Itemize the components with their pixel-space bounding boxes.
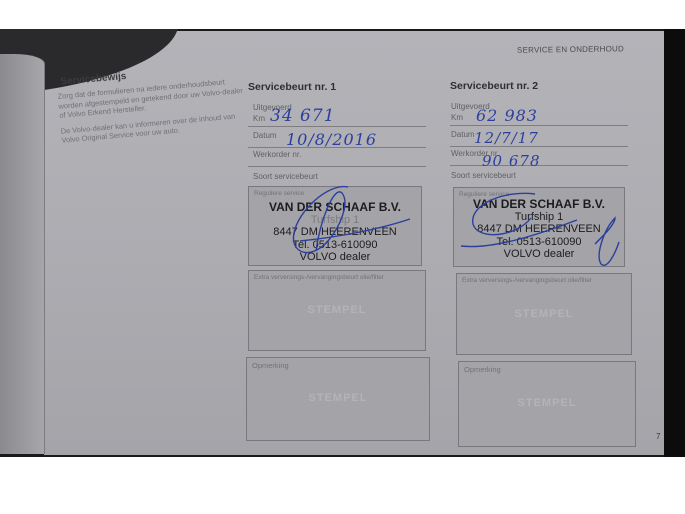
service-1-remark-placeholder: STEMPEL (247, 392, 429, 404)
service-1-extra-label: Extra verversings-/vervangingsbeurt olie… (254, 274, 384, 281)
service-1-remark-box: Opmerking STEMPEL (246, 357, 430, 441)
service-1-column: Servicebeurt nr. 1 Uitgevoerd Km 34 671 … (248, 81, 426, 185)
service-book-photo: SERVICE EN ONDERHOUD Servicebewijs Zorg … (0, 29, 685, 457)
service-2-km-label: Km (451, 113, 463, 122)
service-1-date-line: Datum 10/8/2016 (248, 127, 426, 148)
service-1-remark-label: Opmerking (252, 361, 289, 370)
service-2-km-line: Km 62 983 (450, 111, 628, 126)
service-2-workorder-line: Werkorder nr. 90 678 (450, 147, 628, 166)
service-2-type-label: Soort servicebeurt (451, 171, 516, 180)
service-2-remark-placeholder: STEMPEL (459, 397, 635, 409)
service-2-remark-box: Opmerking STEMPEL (458, 361, 636, 447)
service-1-km-line: Km 34 671 (248, 112, 426, 127)
service-2-column: Servicebeurt nr. 2 Uitgevoerd Km 62 983 … (450, 80, 628, 184)
service-2-signature-icon (455, 184, 625, 274)
service-1-extra-box: Extra verversings-/vervangingsbeurt olie… (248, 270, 426, 351)
service-2-km-value: 62 983 (476, 106, 538, 125)
service-1-signature-icon (280, 181, 420, 271)
service-2-extra-label: Extra verversings-/vervangingsbeurt olie… (462, 277, 592, 284)
service-1-km-label: Km (253, 114, 265, 123)
service-1-workorder-label: Werkorder nr. (253, 150, 301, 159)
service-1-date-label: Datum (253, 131, 277, 140)
service-2-extra-box: Extra verversings-/vervangingsbeurt olie… (456, 273, 632, 355)
left-page-edge (0, 54, 45, 454)
service-2-date-line: Datum 12/7/17 (450, 126, 628, 147)
service-2-title: Servicebeurt nr. 2 (450, 80, 628, 92)
section-header: SERVICE EN ONDERHOUD (517, 44, 624, 54)
service-1-type-label: Soort servicebeurt (253, 172, 318, 181)
service-2-extra-placeholder: STEMPEL (457, 308, 631, 320)
service-2-date-label: Datum (451, 130, 475, 139)
service-1-km-value: 34 671 (270, 106, 335, 126)
service-2-date-value: 12/7/17 (474, 129, 539, 147)
service-2-type-line: Soort servicebeurt (450, 166, 628, 184)
page-number: 7 (656, 432, 660, 441)
service-1-date-value: 10/8/2016 (286, 130, 377, 149)
service-1-title: Servicebeurt nr. 1 (248, 81, 426, 93)
service-2-remark-label: Opmerking (464, 365, 501, 374)
service-1-extra-placeholder: STEMPEL (249, 304, 425, 316)
service-1-workorder-line: Werkorder nr. (248, 148, 426, 167)
right-background (664, 29, 685, 457)
